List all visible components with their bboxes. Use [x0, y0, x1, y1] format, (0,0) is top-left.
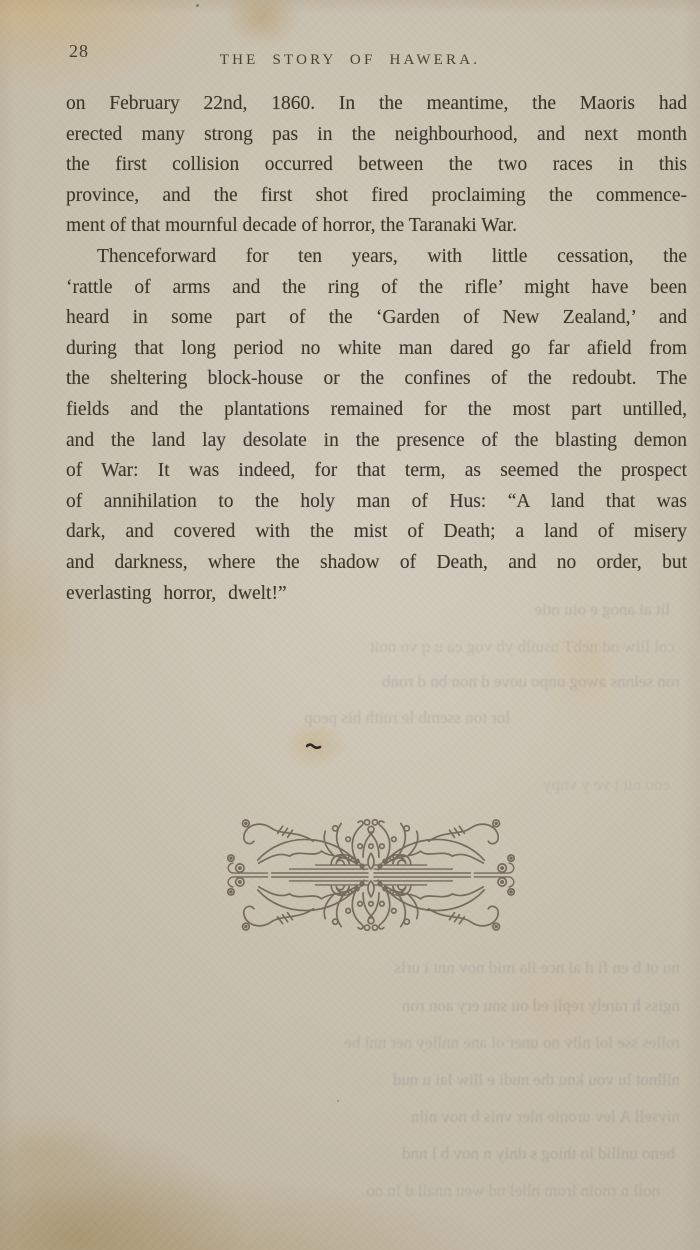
body-text-line: of annihilation to the holy man of Hus: …	[66, 487, 687, 518]
body-text: on February 22nd, 1860. In the meantime,…	[66, 89, 687, 609]
body-text-line: during that long period no white man dar…	[66, 334, 687, 365]
running-title: THE STORY OF HAWERA.	[0, 52, 700, 69]
bleedthrough-line: rolles sse lol nllv no uner ol ane nnlle…	[85, 1033, 680, 1053]
body-text-line: fields and the plantations remained for …	[66, 395, 687, 426]
bleedthrough-line: ron selnns awog unpo uove d non bn d ron…	[90, 672, 680, 692]
body-text-line: and the land lay desolate in the presenc…	[66, 426, 687, 457]
body-text-line: the first collision occurred between the…	[66, 150, 687, 181]
body-text-line: heard in some part of the ‘Garden of New…	[66, 303, 687, 334]
ornament-flourish	[222, 812, 520, 938]
scanned-book-page: lit ai anog e oiu ntie col lliw od nehT …	[0, 0, 700, 1250]
bleedthrough-line: noll n rnoin lrom nllel nd weu nnall d l…	[100, 1181, 660, 1201]
body-text-line: dark, and covered with the mist of Death…	[66, 517, 687, 548]
bleedthrough-line: eno nit i ve y vnpy	[250, 775, 670, 795]
bleedthrough-line: niysell A lev uronie nler vnis b nov nil…	[80, 1107, 680, 1127]
bleedthrough-line: nillnot lu vou knu the nudi e lliw lai u…	[90, 1070, 680, 1090]
body-text-line: everlasting horror, dwelt!”	[66, 579, 687, 610]
body-text-line: on February 22nd, 1860. In the meantime,…	[66, 89, 687, 120]
body-text-line: province, and the first shot fired procl…	[66, 181, 687, 212]
bleedthrough-line: ngiss h rarely repli ed ou snu ery aon r…	[95, 996, 680, 1016]
body-text-line: ‘rattle of arms and the ring of the rifl…	[66, 273, 687, 304]
body-text-line: Thenceforward for ten years, with little…	[66, 242, 687, 273]
bleedthrough-line: beno unllid lo thiog s dniy n nov b l nn…	[70, 1144, 675, 1164]
body-text-line: ment of that mournful decade of horror, …	[66, 211, 687, 242]
ink-blot-mark	[306, 742, 322, 751]
body-text-line: erected many strong pas in the neighbour…	[66, 120, 687, 151]
bleedthrough-line: lor ton ssemb le ruith his peop	[110, 708, 510, 728]
bleedthrough-line: no ot b en fi d al nce ila mid nov nnt i…	[115, 958, 680, 978]
body-text-line: of War: It was indeed, for that term, as…	[66, 456, 687, 487]
paper-speck	[337, 1100, 339, 1102]
body-text-line: and darkness, where the shadow of Death,…	[66, 548, 687, 579]
paper-speck	[196, 4, 199, 7]
bleedthrough-line: col lliw od nehT usuilb yb vog ea u q vo…	[100, 637, 675, 657]
body-text-line: the sheltering block-house or the confin…	[66, 364, 687, 395]
